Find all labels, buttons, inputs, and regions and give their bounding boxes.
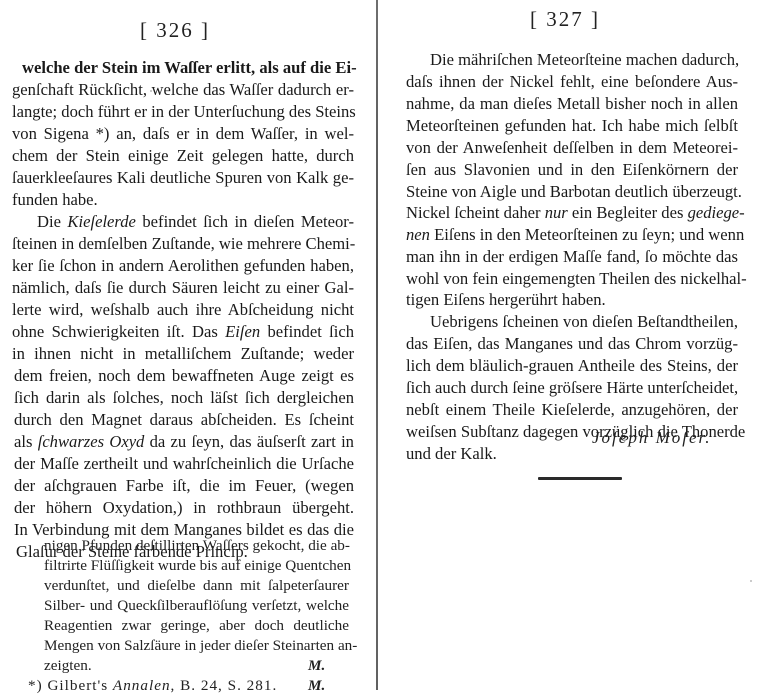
- footnote-marker: *): [28, 677, 43, 694]
- text-line: Die mähriſchen Meteorſteine machen dadur…: [430, 50, 738, 70]
- text-line: Die Kieſelerde befindet ſich in dieſen M…: [37, 212, 354, 232]
- text-line: ſich darin als ſolches, noch läſst ſich …: [14, 388, 354, 408]
- text-line: genſchaft Rückſicht, welche das Waſſer d…: [12, 80, 354, 100]
- text-line: nämlich, daſs ſie durch Säuren leicht zu…: [12, 278, 354, 298]
- text-line: der Maſſe zertheilt und wahrſcheinlich d…: [14, 454, 354, 474]
- text-line: Uebrigens ſcheinen von dieſen Beſtandthe…: [430, 312, 738, 332]
- text-line: ohne Schwierigkeiten iſt. Das Eiſen befi…: [12, 322, 354, 342]
- text-line: tigen Eiſens hergerührt haben.: [406, 290, 606, 310]
- page-gutter-divider: [376, 0, 378, 690]
- footnote-line: Silber- und Queckſilberauflöſung verſetz…: [44, 597, 349, 615]
- text-line: ſich auch durch ſeine gröſsere Härte unt…: [406, 378, 738, 398]
- text-line: in ihnen nicht in metalliſchem Zuſtande;…: [12, 344, 354, 364]
- text-line: durch den Magnet daraus abſcheiden. Es ſ…: [14, 410, 354, 430]
- text-line: nebſt einem Theile Kieſelerde, anzugehör…: [406, 400, 738, 420]
- footnote-line: Reagentien zwar geringe, aber doch deutl…: [44, 617, 349, 635]
- page-number-right: [ 327 ]: [530, 7, 600, 32]
- author-signature: Joſeph Moſer.: [592, 428, 711, 448]
- text-line: das Eiſen, das Manganes und das Chrom vo…: [406, 334, 738, 354]
- text-line: der aſchgrauen Farbe iſt, die im Feuer, …: [14, 476, 354, 496]
- footnote-line: verdunſtet, und dieſelbe dann mit ſalpet…: [44, 577, 349, 595]
- text-line: chem der Stein einige Zeit gelegen hatte…: [12, 146, 354, 166]
- text-line: wohl von fein eingemengten Theilen des n…: [406, 269, 738, 289]
- footnote-line: filtrirte Flüſſigkeit wurde bis auf eini…: [44, 557, 349, 575]
- paper-speck: [420, 100, 422, 102]
- italic-term: Eiſen: [225, 322, 260, 341]
- text-line: welche der Stein im Waſſer erlitt, als a…: [22, 58, 354, 78]
- section-end-rule: [538, 477, 622, 480]
- text-line: ſteinen in demſelben Zuſtande, wie mehre…: [12, 234, 354, 254]
- page-number-left: [ 326 ]: [140, 18, 210, 43]
- text-line: ſen aus Slavonien und in den Eiſenkörner…: [406, 160, 738, 180]
- left-page: [ 326 ] welche der Stein im Waſſer erlit…: [0, 0, 378, 700]
- italic-term: Kieſelerde: [67, 212, 136, 231]
- footnote-line: Mengen von Salzſäure in jeder dieſer Ste…: [44, 637, 349, 655]
- italic-term: ſchwarzes Oxyd: [38, 432, 145, 451]
- text-line: der höhern Oxydation,) in rothbraun über…: [14, 498, 354, 518]
- text-line: ſauerkleeſaures Kali deutliche Spuren vo…: [12, 168, 354, 188]
- text-line: daſs ihnen der Nickel fehlt, eine beſond…: [406, 72, 738, 92]
- text-line: nen Eiſens in den Meteorſteinen zu ſeyn;…: [406, 225, 738, 245]
- italic-term: nen: [406, 225, 430, 244]
- text-line: lich dem bläulich-grauen Antheile des St…: [406, 356, 738, 376]
- italic-term: nur: [545, 203, 568, 222]
- italic-term: gediege-: [688, 203, 745, 222]
- text-line: Nickel ſcheint daher nur ein Begleiter d…: [406, 203, 738, 223]
- text-line: nahme, da man dieſes Metall bisher noch …: [406, 94, 738, 114]
- footnote-line: zeigten.: [44, 657, 92, 675]
- footnote-citation: *) Gilbert's Annalen, B. 24, S. 281.: [28, 677, 277, 695]
- text-line: als ſchwarzes Oxyd da zu ſeyn, das äuſse…: [14, 432, 354, 452]
- text-line: funden habe.: [12, 190, 98, 210]
- text-line: lerte wird, weſshalb auch ihre Abſcheidu…: [12, 300, 354, 320]
- right-page: [ 327 ] Die mähriſchen Meteorſteine mach…: [380, 0, 765, 700]
- text-line: von Sigena *) an, daſs er in dem Waſſer,…: [12, 124, 354, 144]
- paper-speck: [750, 580, 752, 582]
- footnote-signature: M.: [308, 657, 325, 675]
- footnote-signature: M.: [308, 677, 325, 695]
- text-line: dem freien, noch dem bewaffneten Auge ze…: [14, 366, 354, 386]
- text-line: und der Kalk.: [406, 444, 497, 464]
- journal-title: Annalen: [113, 677, 171, 694]
- text-line: man ihn in der erdigen Maſſe fand, ſo mö…: [406, 247, 738, 267]
- footnote-line: nigen Pfunden deſtillirten Waſſers gekoc…: [44, 537, 349, 555]
- text-line: von der Anweſenheit deſſelben in dem Met…: [406, 138, 738, 158]
- text-line: Meteorſteinen gefunden hat. Ich habe mic…: [406, 116, 738, 136]
- text-line: langte; doch führt er in der Unterſuchun…: [12, 102, 354, 122]
- text-line: Steine von Aigle und Barbotan deutlich ü…: [406, 182, 738, 202]
- paper-speck: [150, 90, 152, 92]
- text-line: ker ſie ſchon in andern Aerolithen gefun…: [12, 256, 354, 276]
